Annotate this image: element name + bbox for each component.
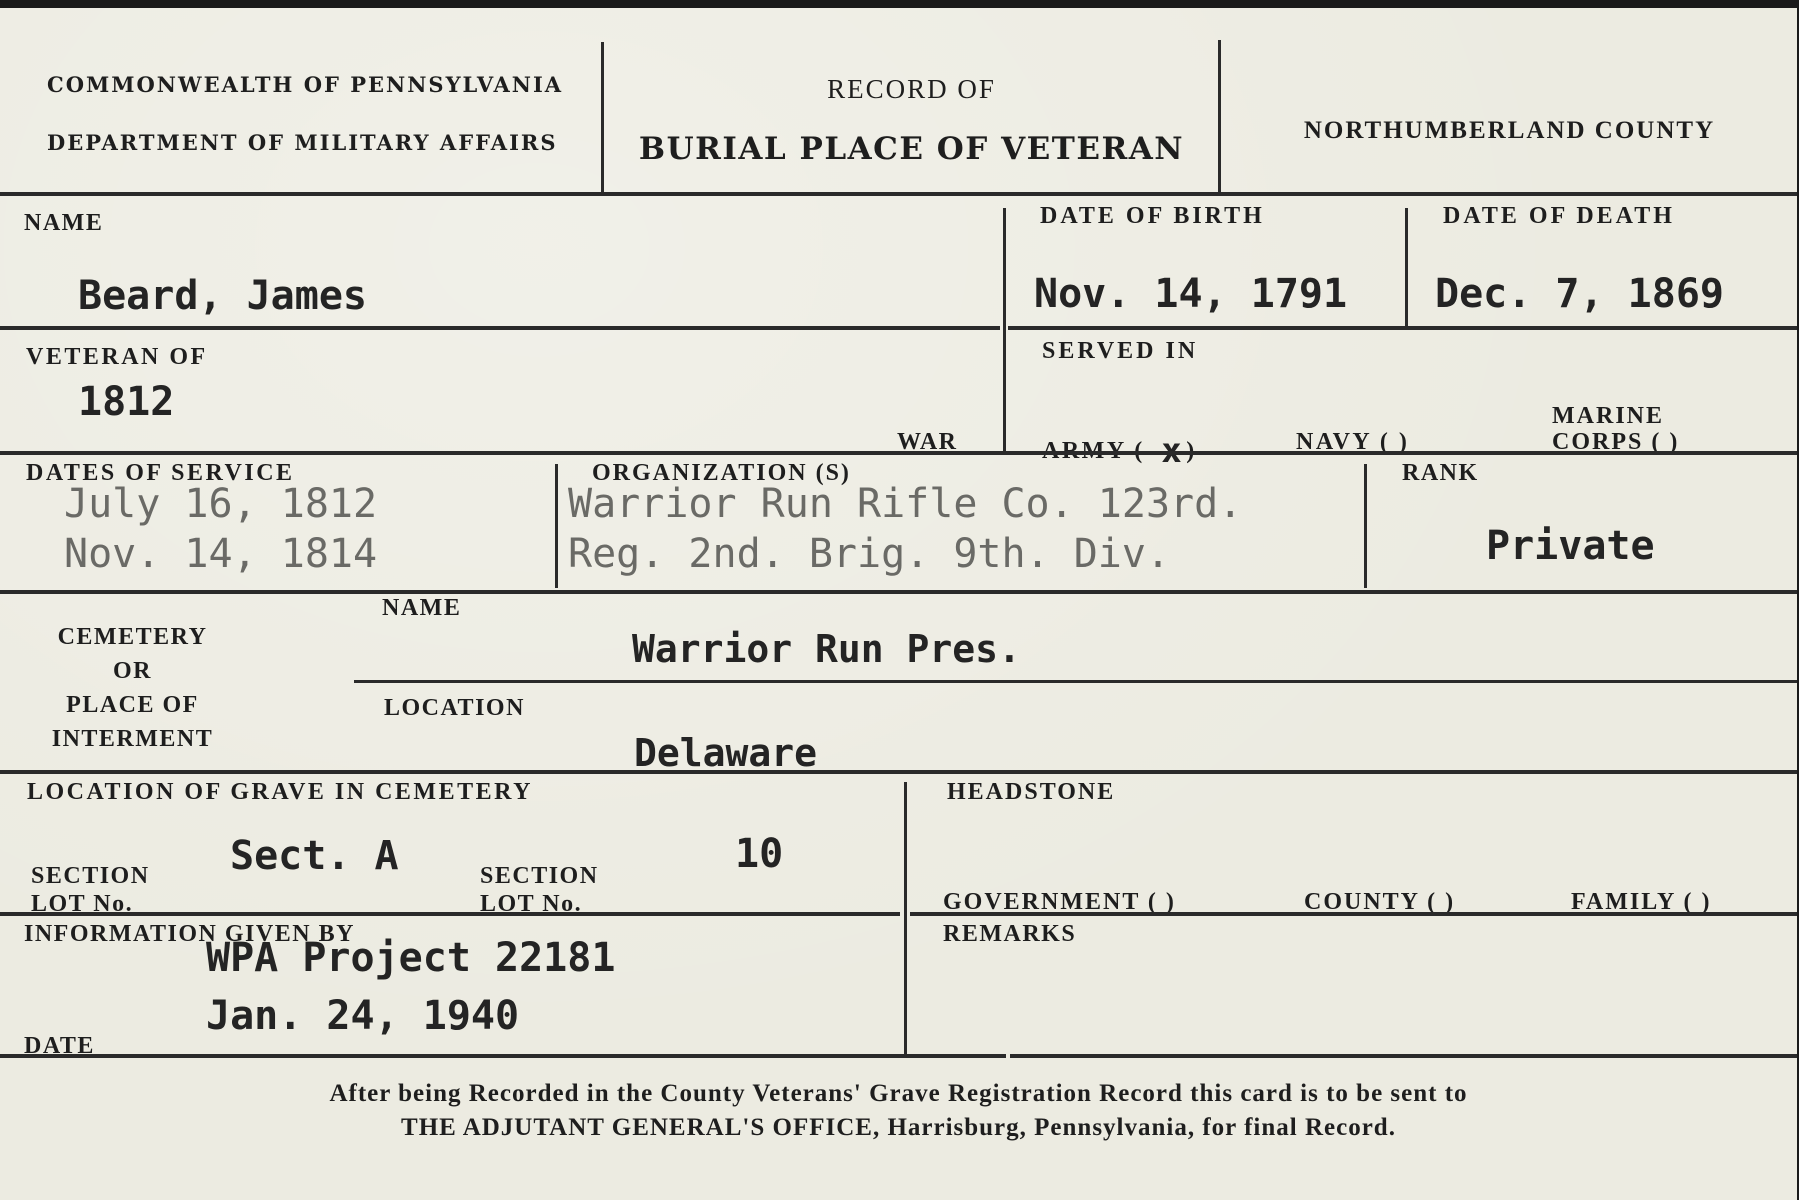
marine-label: MARINE (1552, 404, 1664, 428)
burial-record-card: COMMONWEALTH OF PENNSYLVANIA DEPARTMENT … (0, 8, 1797, 1200)
record-of-label: RECORD OF (603, 76, 1220, 103)
divider (0, 912, 900, 916)
divider (0, 590, 1797, 594)
footer-instruction-line-1: After being Recorded in the County Veter… (0, 1080, 1797, 1108)
headstone-label: HEADSTONE (947, 780, 1115, 804)
headstone-government-option[interactable]: GOVERNMENT ( ) (943, 890, 1176, 914)
cemetery-heading: CEMETERY OR PLACE OF INTERMENT (0, 620, 265, 756)
headstone-family-option[interactable]: FAMILY ( ) (1571, 890, 1711, 914)
divider (904, 782, 907, 1056)
lot-value: 10 (735, 834, 783, 874)
divider (1364, 464, 1367, 588)
cemetery-location-value: Delaware (634, 734, 817, 772)
veteran-of-value: 1812 (78, 382, 174, 422)
divider (1010, 1054, 1797, 1058)
remarks-label: REMARKS (943, 922, 1076, 946)
divider (0, 192, 1797, 196)
header-divider-right (1218, 40, 1221, 192)
date-of-birth-label: DATE OF BIRTH (1040, 204, 1265, 228)
divider (1405, 208, 1408, 326)
county-name: NORTHUMBERLAND COUNTY (1222, 118, 1797, 143)
divider (1008, 326, 1797, 330)
date-of-death-label: DATE OF DEATH (1443, 204, 1675, 228)
headstone-county-option[interactable]: COUNTY ( ) (1304, 890, 1455, 914)
divider (555, 464, 558, 588)
cemetery-location-label: LOCATION (384, 696, 525, 720)
rank-value: Private (1486, 526, 1655, 566)
divider (0, 451, 1797, 455)
cemetery-name-value: Warrior Run Pres. (632, 630, 1021, 668)
served-in-label: SERVED IN (1042, 339, 1198, 363)
service-start-date: July 16, 1812 (64, 484, 377, 524)
divider (0, 1054, 1006, 1058)
page-title: BURIAL PLACE OF VETERAN (603, 134, 1220, 165)
header-divider-left (601, 42, 604, 196)
divider (1003, 208, 1006, 452)
divider (0, 770, 1797, 774)
information-given-by-value: WPA Project 22181 (206, 938, 615, 978)
service-end-date: Nov. 14, 1814 (64, 534, 377, 574)
veteran-name: Beard, James (78, 276, 367, 316)
section-label-2: SECTION (480, 864, 599, 888)
divider (0, 326, 1000, 330)
name-label: NAME (24, 211, 103, 235)
veteran-of-label: VETERAN OF (26, 345, 208, 369)
army-option[interactable]: ARMY ( x) (1042, 430, 1197, 464)
divider (354, 680, 1797, 683)
cemetery-name-label: NAME (382, 596, 461, 620)
date-of-death-value: Dec. 7, 1869 (1435, 274, 1724, 314)
grave-location-label: LOCATION OF GRAVE IN CEMETERY (27, 780, 533, 804)
agency-line-1: COMMONWEALTH OF PENNSYLVANIA (47, 74, 563, 95)
organization-line-2: Reg. 2nd. Brig. 9th. Div. (568, 534, 1170, 574)
section-value: Sect. A (230, 836, 399, 876)
divider (910, 912, 1797, 916)
organization-line-1: Warrior Run Rifle Co. 123rd. (568, 484, 1242, 524)
rank-label: RANK (1402, 461, 1479, 485)
footer-instruction-line-2: THE ADJUTANT GENERAL'S OFFICE, Harrisbur… (0, 1114, 1797, 1142)
section-label-1: SECTION (31, 864, 150, 888)
information-date-value: Jan. 24, 1940 (206, 996, 519, 1036)
agency-line-2: DEPARTMENT OF MILITARY AFFAIRS (47, 132, 558, 153)
date-of-birth-value: Nov. 14, 1791 (1034, 274, 1347, 314)
